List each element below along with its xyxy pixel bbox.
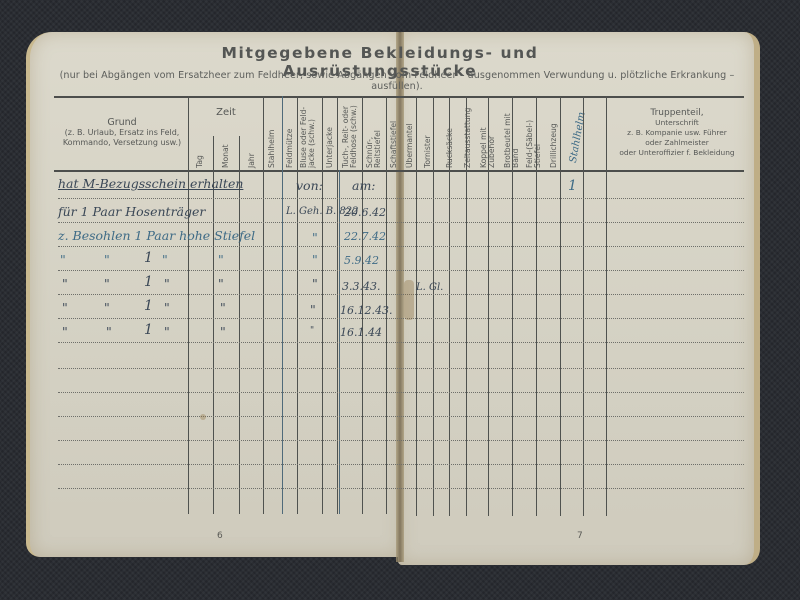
- header-top-rule: [54, 96, 744, 98]
- entry-5-g1: ": [62, 300, 68, 315]
- header-schaftstiefel: Schaftstiefel: [390, 118, 398, 168]
- col-line: [536, 96, 537, 516]
- col-line: [466, 96, 467, 516]
- header-bluse: Bluse oder Feld- jacke (schw.): [300, 104, 316, 168]
- grund-sub: (z. B. Urlaub, Ersatz ins Feld, Kommando…: [58, 128, 186, 148]
- entry-5-tag: ": [220, 300, 226, 315]
- entry-6-g1: ": [62, 324, 68, 339]
- row-line: [58, 198, 744, 199]
- page-number-left: 6: [217, 531, 223, 541]
- entry-6-tag: ": [220, 324, 226, 339]
- entry-4-col-a: ": [312, 276, 318, 291]
- entry-3-g1: ": [60, 252, 66, 267]
- entry-4-g1: ": [62, 276, 68, 291]
- header-tuchhose: Tuch-, Reit- oder Feldhose (schw.): [342, 102, 358, 168]
- paper-stain: [200, 414, 206, 420]
- entry-3-g3: 1: [144, 250, 153, 266]
- header-drillichzeug: Drillichzeug: [550, 118, 558, 168]
- header-unterjacke: Unterjacke: [326, 124, 334, 168]
- header-bottom-rule: [54, 170, 744, 172]
- grund-title: Grund: [58, 118, 186, 128]
- entry-4-g4: ": [164, 276, 170, 291]
- row-line: [58, 392, 744, 393]
- entry-3-col-b: 5.9.42: [344, 254, 379, 267]
- header-jahr: Jahr: [248, 148, 256, 168]
- entry-0-grund: hat M-Bezugsschein erhalten: [58, 176, 243, 191]
- col-line: [560, 96, 561, 516]
- col-line: [263, 96, 264, 514]
- row-line: [58, 368, 744, 369]
- entry-2-col-b: 22.7.42: [344, 230, 386, 243]
- header-zeit: Zeit: [190, 108, 262, 118]
- col-line: [239, 136, 240, 514]
- header-truppenteil: Truppenteil, Unterschrift z. B. Kompanie…: [606, 108, 748, 158]
- entry-0-col-b: am:: [352, 178, 376, 193]
- row-line: [58, 294, 744, 295]
- row-line: [58, 318, 744, 319]
- col-line: [433, 96, 434, 516]
- entry-6-g2: ": [106, 324, 112, 339]
- header-feldsaebel: Feld-(Säbel-) Stiefel: [526, 108, 542, 168]
- row-line: [58, 440, 744, 441]
- row-line: [58, 342, 744, 343]
- col-line: [188, 96, 189, 514]
- header-tornister: Tornister: [424, 126, 432, 168]
- entry-4-tag: ": [218, 276, 224, 291]
- entry-2-grund: z. Besohlen 1 Paar hohe Stiefel: [58, 228, 255, 243]
- entry-0-extra: 1: [568, 178, 577, 194]
- entry-0-col-a: von:: [296, 178, 323, 193]
- col-line: [416, 96, 417, 516]
- header-grund: Grund (z. B. Urlaub, Ersatz ins Feld, Ko…: [58, 118, 186, 148]
- row-line: [58, 416, 744, 417]
- entry-3-tag: ": [218, 252, 224, 267]
- paper-stain: [404, 280, 414, 320]
- entry-5-g2: ": [104, 300, 110, 315]
- col-line: [322, 96, 323, 514]
- col-line: [606, 96, 607, 516]
- entry-6-col-a: ": [310, 326, 314, 336]
- entry-4-col-b: 3.3.43.: [342, 280, 380, 293]
- entry-1-grund: für 1 Paar Hosenträger: [58, 204, 205, 219]
- col-line: [297, 96, 298, 514]
- entry-6-g3: 1: [144, 322, 153, 338]
- entry-5-col-b: 16.12.43.: [340, 304, 392, 317]
- header-tag: Tag: [196, 148, 204, 168]
- entry-6-g4: ": [164, 324, 170, 339]
- col-line: [449, 96, 450, 516]
- header-stahlhelm: Stahlhelm: [268, 126, 276, 168]
- header-schnuerschuhe: Schnür-, Reitstiefel: [366, 120, 382, 168]
- entry-5-col-a: ": [310, 302, 316, 317]
- header-monat: Monat: [222, 136, 230, 168]
- row-line: [58, 464, 744, 465]
- entry-5-g3: 1: [144, 298, 153, 314]
- entry-4-g2: ": [104, 276, 110, 291]
- entry-3-g2: ": [104, 252, 110, 267]
- row-line: [58, 488, 744, 489]
- entry-4-extra-mark: L. Gl.: [416, 282, 443, 293]
- header-uebermantel: Übermantel: [406, 118, 414, 168]
- entry-5-g4: ": [164, 300, 170, 315]
- entry-1-col-b: 20.6.42: [344, 206, 386, 219]
- entry-4-g3: 1: [144, 274, 153, 290]
- col-line: [488, 96, 489, 516]
- header-feldmuetze: Feldmütze: [286, 128, 294, 168]
- book-spine: [396, 32, 404, 562]
- col-line: [213, 136, 214, 514]
- entry-2-col-a: ": [312, 230, 318, 245]
- col-line: [512, 96, 513, 516]
- entry-3-g4: ": [162, 252, 168, 267]
- entry-3-col-a: ": [312, 252, 318, 267]
- row-line: [58, 270, 744, 271]
- entry-6-col-b: 16.1.44: [340, 326, 382, 339]
- document-subtitle: (nur bei Abgängen vom Ersatzheer zum Fel…: [52, 70, 742, 92]
- row-line: [58, 246, 744, 247]
- page-number-right: 7: [577, 531, 583, 541]
- col-line: [282, 96, 283, 514]
- col-line: [583, 96, 584, 516]
- row-line: [58, 222, 744, 223]
